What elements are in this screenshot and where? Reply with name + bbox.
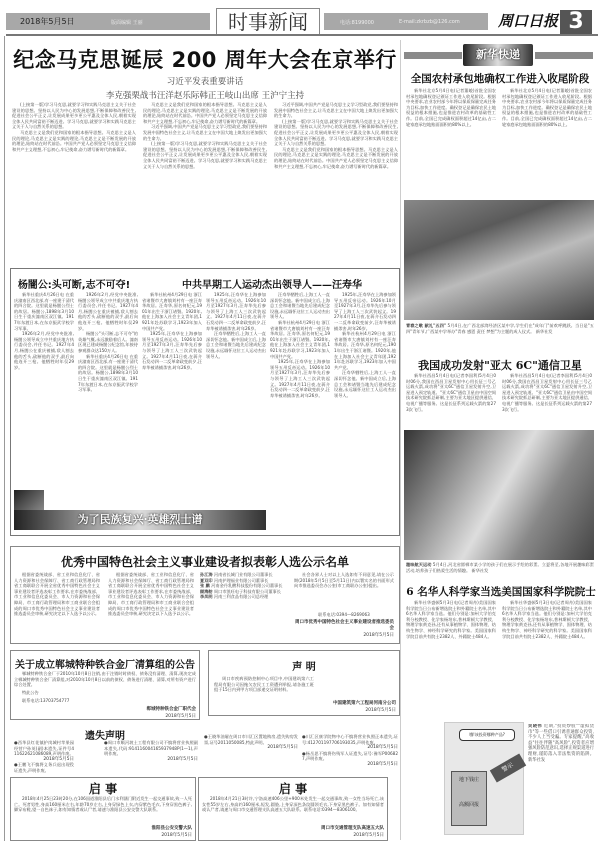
- cartoon-text: 吴晓伟 近期,"投资炒股""虚拟货币"等一些借口引诱普通群众投资,不少人上当受骗…: [528, 724, 594, 836]
- contact-phone: 电话:8199000: [340, 19, 374, 26]
- contact-email: E-mail:zkrbzb@126.com: [399, 19, 460, 25]
- eggs-caption: 趣味航天运动 5月4日,河北省邯郸市某小学的孩子们在展示手绘的彩蛋。立夏将至,各…: [406, 562, 594, 575]
- express-right-bar: [535, 52, 593, 59]
- lead-body-col-3: 习近平强调,中国共产党是马克思主义学习型政党,我们要坚持和发展中国特色社会主义,…: [274, 102, 398, 260]
- yang-body-col-1: 新华社重庆4月26日电 在重庆潼南区西北部,有一座建于清代的四合院。这里就是杨闇…: [14, 292, 74, 488]
- satellite-body-col-2: 新华社西昌5月4日电(记者李国利)5月4日0时06分,我国在西昌卫星发射中心用长…: [502, 373, 592, 425]
- lost-notice-item: ●川汇区康学院物中心不慎将营业执照正本遗失,证号:412701197706193…: [302, 734, 398, 745]
- painted-eggs-photo: [404, 430, 594, 560]
- notice-right-body: 2018年4月21日3时许,宁洛高速406公里+900米处发生一起交通事故,致一…: [202, 796, 384, 824]
- wang-body-col-3: 汪寿华牺牲后,上海工人一直深切怀念他。新中国成立后,上海总工会和诸暨当地先后建成…: [270, 292, 330, 534]
- lead-body-col-2: 马克思主义是我们党和国家的根本指导思想。马克思主义是人民的理论,马克思主义是实践…: [143, 102, 267, 260]
- notice-right-signer: 周口市交通管理支队高速五大队: [280, 825, 384, 831]
- statement-signer: 中国建筑第六工程局河南分公司: [300, 700, 396, 706]
- honor-list-intro-cont: 根据省委统战部、省工业和信息化厅、省人力资源和社会保障厅、省工商行政管理局和省工…: [108, 572, 194, 638]
- lost-notice-col-2: ●周口市顺河坡土工程有限公司不慎将营业执照副本遗失,代码:91411600416…: [104, 740, 198, 774]
- wang-body-col-4: 1925年,汪寿华在上海参加领导五卅反帝运动。1926年10月至1927年3月,…: [334, 292, 396, 534]
- page-editor: 版面编辑 王丽: [111, 19, 143, 26]
- lead-headline: 纪念马克思诞辰 200 周年大会在京举行: [10, 44, 400, 74]
- lost-notice-item: ●杨岳思不慎将伤残军人证遗失,证号:豫军P006827,声明作废。: [302, 751, 398, 762]
- lost-notice-item: ●西华县红花镇护岗城村苹果园经营户孙英(副)本遗失,证件号41162262108…: [14, 740, 74, 757]
- lost-notice-item: ●周口市顺河坡土工程有限公司不慎将营业执照副本遗失,代码:91411600416…: [104, 740, 198, 757]
- wang-body-col-1: 新华社杭州4月29日电 浙江省诸暨市大唐镇刘村有一座汪寿华故居。汪寿华,原名何纪…: [142, 292, 202, 488]
- issue-date: 2018年5月5日: [20, 16, 75, 27]
- liquidation-body: 郸城特种铁合金厂于2010年10月8日注销,由于注销时时债权、债务没有清理、清算…: [14, 671, 196, 689]
- yang-body-col-2: 1926年2月,经党中央批准,杨闇公领导成立中共重庆地方执行委员会,并任书记。1…: [78, 292, 138, 488]
- left-margin-rule: [4, 36, 5, 841]
- nominee-row: 李凤明 河南三利食品有限公司总经理: [200, 594, 290, 600]
- lead-subheadline: 习近平发表重要讲话: [10, 75, 400, 87]
- liquidation-headline: 关于成立郸城特种铁合金厂清算组的公告: [10, 656, 200, 671]
- lost-notice-col-1: ●西华县红花镇护岗城村苹果园经营户孙英(副)本遗失,证件号41162262108…: [14, 740, 74, 774]
- xinhua-express-badge: 新华快递: [463, 44, 533, 66]
- cartoon-sign: 地下钱庄 高额回报: [451, 771, 487, 826]
- header-left-bar: 2018年5月5日 版面编辑 王丽: [6, 13, 210, 30]
- page-header: 2018年5月5日 版面编辑 王丽 时事新闻 电话:8199000 E-mail…: [6, 8, 598, 34]
- lead-body-col-1: (上接第一版)学习马克思,就要学习和实践马克思主义关于社会建设的思想。坚持以人民…: [12, 102, 136, 260]
- statement-date: 2018年5月5日: [300, 707, 396, 713]
- scientists-body-col-2: 新华社华盛顿5月3日电(记者周舟)美国国家科学院当日公布新增选院士和外籍院士名单…: [502, 600, 592, 706]
- honor-list-contact: 联系电话:0394—8269063: [294, 612, 394, 618]
- honor-nominees: 孙江涛 河南省长城门业有限公司董事长 夏双印 河南护理福业有限公司董事长 张 鹏…: [200, 572, 290, 638]
- satellite-body-col-1: 新华社西昌5月4日电(记者李国利)5月4日0时06分,我国在西昌卫星发射中心用长…: [406, 373, 496, 425]
- newspaper-masthead: 周口日报: [498, 10, 558, 31]
- scientists-headline: 6 名华人科学家当选美国国家科学院院士: [404, 584, 598, 599]
- land-rights-body-col-1: 新华社北京5月4日电(记者董峻)首批全国农村承包地确权登记颁证工作进入收尾阶段。…: [406, 88, 496, 198]
- lost-notice-item: ●王鹏飞不慎将义务兵退出现役证遗失,声明作废。: [14, 762, 74, 773]
- notice-right-date: 2018年5月5日: [280, 832, 384, 838]
- notice-left-body: 2018年4月25日23时20分,在106国道淮阳县后门水利涵门附近发生一起交通…: [14, 796, 192, 824]
- lead-attendees: 李克强栗战书汪洋赵乐际韩正王岐山出席 王沪宁主持: [10, 89, 400, 101]
- land-rights-headline: 全国农村承包地确权工作进入收尾阶段: [404, 71, 596, 86]
- honor-list-date: 2018年5月5日: [294, 632, 394, 638]
- notice-left-headline: 启 事: [10, 780, 196, 797]
- lost-notice-col-3: ●王晓华油屠在周口市川汇区置地购房,遗失购房发票,证号2011050085,特此…: [204, 734, 298, 774]
- header-rule: [6, 34, 598, 36]
- caption-title: 青春之歌 献礼"五四": [406, 323, 446, 328]
- wang-body-col-2: 1925年,汪寿华在上海参加领导五卅反帝运动。1926年10月至1927年3月,…: [206, 292, 266, 488]
- statement-headline: 声 明: [208, 658, 400, 673]
- satellite-headline: 我国成功发射"亚太 6C"通信卫星: [404, 357, 596, 373]
- liquidation-contact: 联系电话:13703754777: [22, 698, 122, 704]
- notice-right-headline: 启 事: [198, 780, 388, 797]
- banner-ornament: [14, 490, 44, 510]
- scientists-body-col-1: 新华社华盛顿5月3日电(记者周舟)美国国家科学院当日公布新增选院士和外籍院士名单…: [406, 600, 496, 706]
- cartoon-sleeve: 警示: [490, 753, 526, 782]
- statement-body: 周口市疾病预防控制中心项目中,中国建筑第六工程局有限公司因拖欠农民工工资遭到举报…: [214, 676, 314, 712]
- honor-list-signer: 周口市优秀中国特色社会主义事业建设者推选委员会: [294, 619, 394, 631]
- liquidation-signer: 郸城特种铁合金厂职代会: [90, 706, 196, 712]
- liquidation-closing: 特此公告: [22, 690, 102, 696]
- page-number: 3: [560, 10, 592, 34]
- notice-left-date: 2018年5月5日: [90, 832, 192, 838]
- lost-notice-col-4: ●川汇区康学院物中心不慎将营业执照正本遗失,证号:412701197706193…: [302, 734, 398, 774]
- liquidation-date: 2018年5月5日: [90, 713, 196, 719]
- heroes-series-banner: 为了民族复兴·英雄烈士谱: [14, 510, 266, 530]
- wang-headline: 中共早期工人运动杰出领导人——汪寿华: [150, 276, 394, 291]
- honor-list-intro: 根据省委统战部、省工业和信息化厅、省人力资源和社会保障厅、省工商行政管理局和省工…: [14, 572, 100, 638]
- honor-list-headline: 优秀中国特色社会主义事业建设者拟表彰人选公示名单: [10, 553, 400, 570]
- yang-headline: 杨闇公:头可断,志不可夺!: [14, 276, 134, 291]
- youth-day-caption: 青春之歌 献礼"五四" 5月4日,在广西北部湾经济区某中学,学生们在"成年门"前…: [406, 323, 594, 351]
- notice-left-signer: 淮阳县公安交警大队: [90, 825, 192, 831]
- youth-day-photo: [404, 200, 594, 320]
- express-left-bar: [404, 52, 462, 59]
- honor-list-notice: 社会各界人士对以上人选如有不同意见,请在公示期(2018年5月5日至5月11日)…: [294, 572, 394, 612]
- cartoon-speech-bubble: 哦!该投资哪种产品?: [459, 729, 515, 741]
- fraud-cartoon: 哦!该投资哪种产品? 地下钱庄 高额回报 警示: [444, 722, 524, 835]
- header-right-bar: 电话:8199000 E-mail:zkrbzb@126.com: [324, 13, 488, 30]
- column-divider: [400, 40, 401, 840]
- lost-notice-item: ●王晓华油屠在周口市川汇区置地购房,遗失购房发票,证号2011050085,特此…: [204, 734, 298, 745]
- land-rights-body-col-2: 新华社北京5月4日电(记者董峻)首批全国农村承包地确权登记颁证工作进入收尾阶段。…: [502, 88, 592, 198]
- section-title: 时事新闻: [216, 8, 320, 35]
